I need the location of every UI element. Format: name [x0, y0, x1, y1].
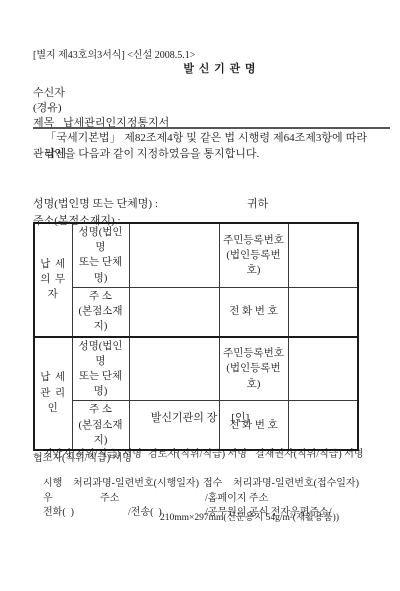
table-row: 납 세 의 무 자 성명(법인명 또는 단체명) 주민등록번호 (법인등록번호) — [34, 223, 358, 287]
taxpayer-phone-value — [288, 287, 358, 336]
addressee-name-line: 성명(법인명 또는 단체명) :귀하 — [33, 195, 367, 211]
recipient-label: 수신자 — [33, 84, 367, 100]
issuer-signature-line: 발신기관의 장[인] — [33, 409, 367, 425]
phone-label: 전화( ) — [43, 503, 128, 518]
table-row: 납 세 관 리 인 성명(법인명 또는 단체명) 주민등록번호 (법인등록번호) — [34, 337, 358, 401]
taxpayer-name-label: 성명(법인명 또는 단체명) — [72, 223, 129, 287]
form-page: [별지 제43호의3서식] <신설 2008.5.1> 발 신 기 관 명 수신… — [0, 0, 400, 591]
tax-manager-regno-label: 주민등록번호 (법인등록번호) — [219, 337, 288, 401]
taxpayer-regno-value — [288, 223, 358, 287]
paper-spec: 210mm×297mm(신문용지 54g/m²(재활용품)) — [160, 509, 390, 523]
taxpayer-address-label: 주 소 (본점소재지) — [72, 287, 129, 336]
taxpayer-name-value — [129, 223, 219, 287]
addressee-honorific: 귀하 — [247, 198, 268, 210]
body-text-line2: 관리인을 다음과 같이 지정하였음을 통지합니다. — [33, 145, 367, 161]
tax-manager-regno-value — [288, 337, 358, 401]
tax-manager-name-value — [129, 337, 219, 401]
tax-manager-name-label: 성명(법인명 또는 단체명) — [72, 337, 129, 401]
seal-mark: [인] — [231, 412, 249, 424]
taxpayer-group-label: 납 세 의 무 자 — [34, 223, 72, 337]
issuer-title: 발신기관의 장 — [151, 412, 218, 424]
sender-org-name: 발 신 기 관 명 — [33, 60, 367, 76]
taxpayer-address-value — [129, 287, 219, 336]
cooperator-line: 협조자(직위/직급) 서명 — [33, 449, 367, 464]
form-number-note: [별지 제43호의3서식] <신설 2008.5.1> — [33, 46, 367, 61]
taxpayer-phone-label: 전 화 번 호 — [219, 287, 288, 336]
via-label: (경유) — [33, 99, 367, 115]
taxpayer-regno-label: 주민등록번호 (법인등록번호) — [219, 223, 288, 287]
addressee-name-label: 성명(법인명 또는 단체명) : — [33, 195, 247, 211]
table-row: 주 소 (본점소재지) 전 화 번 호 — [34, 287, 358, 336]
